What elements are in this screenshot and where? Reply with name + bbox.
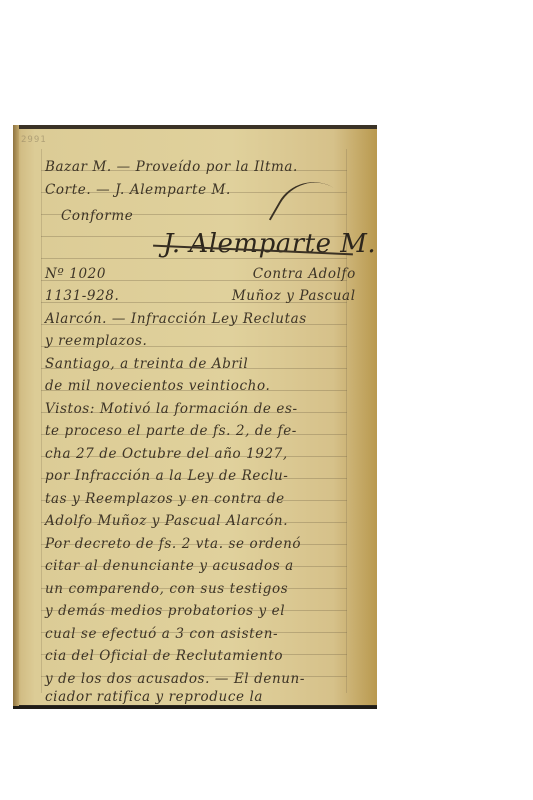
text-line: Alarcón. — Infracción Ley Reclutas (45, 311, 307, 327)
case-number-line: Nº 1020 Contra Adolfo (45, 266, 356, 282)
ledger-page: 2991 Bazar M. — Proveído por la Iltma. C… (13, 125, 377, 708)
text-line: Santiago, a treinta de Abril (45, 356, 248, 372)
text-line: y demás medios probatorios y el (45, 603, 285, 619)
text-line: Vistos: Motivó la formación de es- (45, 401, 298, 417)
text-line: cha 27 de Octubre del año 1927, (45, 446, 288, 462)
text-line: Adolfo Muñoz y Pascual Alarcón. (45, 513, 288, 529)
text-line: citar al denunciante y acusados a (45, 558, 294, 574)
text-line: te proceso el parte de fs. 2, de fe- (45, 423, 297, 439)
text-line: tas y Reemplazos y en contra de (45, 491, 285, 507)
text-line: Corte. — J. Alemparte M. (45, 182, 231, 198)
text-line: Por decreto de fs. 2 vta. se ordenó (45, 536, 301, 552)
text-line: un comparendo, con sus testigos (45, 581, 288, 597)
text-line: de mil novecientos veintiocho. (45, 378, 270, 394)
text-line: y reemplazos. (45, 333, 147, 349)
text-line: Bazar M. — Proveído por la Iltma. (45, 159, 298, 175)
text-line: por Infracción a la Ley de Reclu- (45, 468, 288, 484)
page-number-stamp: 2991 (21, 135, 47, 145)
case-number: Nº 1020 Contra Adolfo (45, 266, 356, 282)
case-ref: 1131-928. Muñoz y Pascual (45, 288, 356, 304)
text-line: cual se efectuó a 3 con asisten- (45, 626, 278, 642)
text-line: y de los dos acusados. — El denun- (45, 671, 305, 687)
text-line: cia del Oficial de Reclutamiento (45, 648, 283, 664)
text-line: 1131-928. Muñoz y Pascual (45, 288, 356, 304)
conforme-label: Conforme (61, 208, 133, 224)
page-bottom-edge (13, 706, 377, 709)
